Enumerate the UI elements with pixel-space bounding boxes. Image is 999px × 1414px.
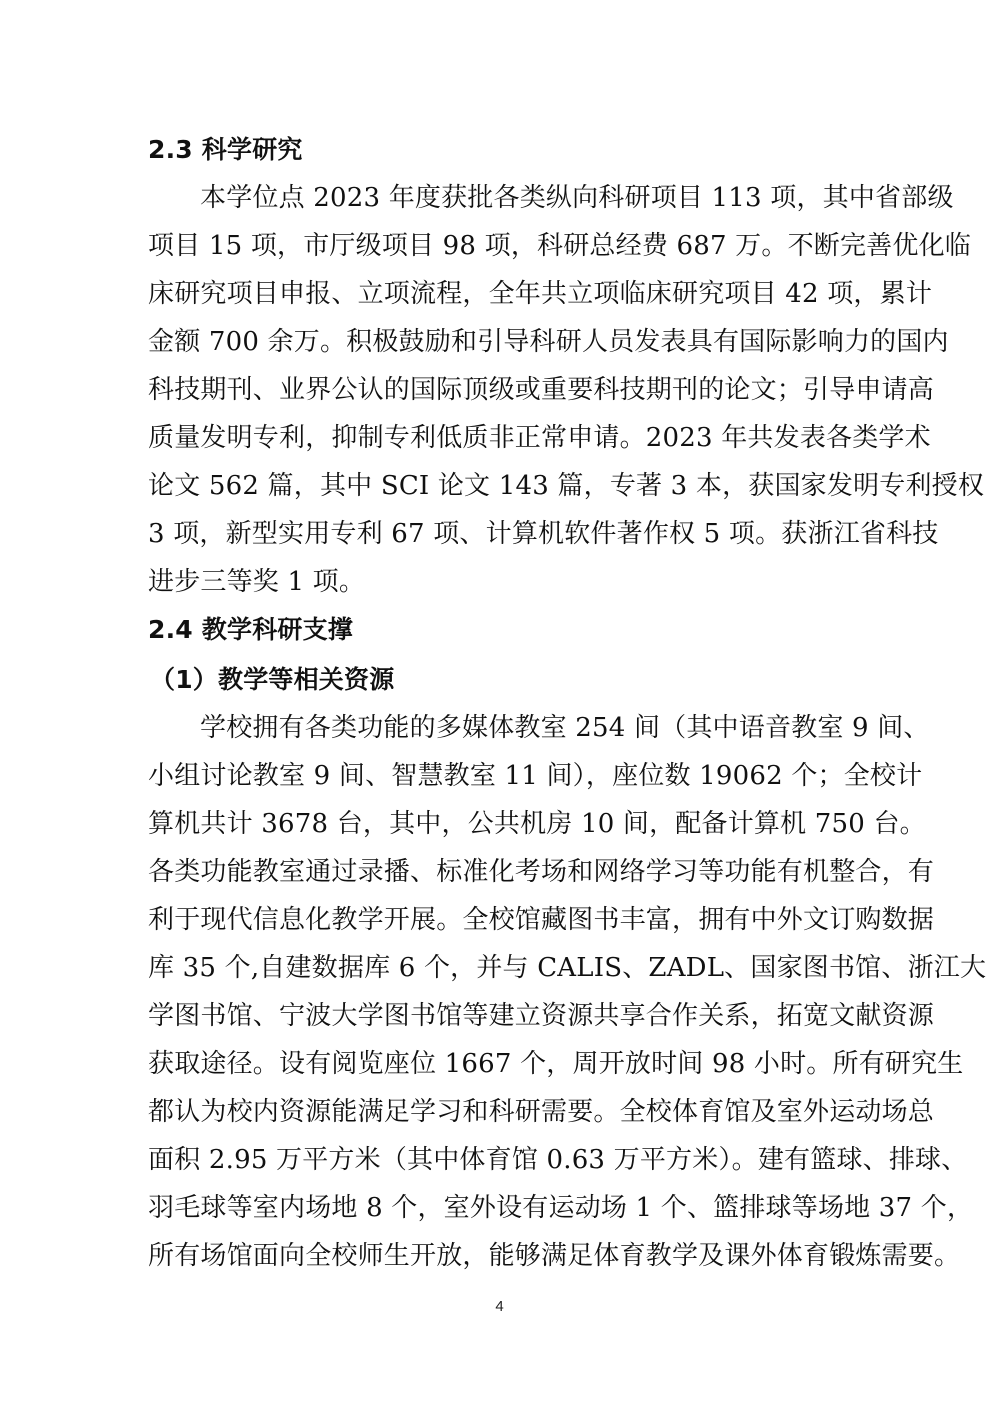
paragraph-line: 科技期刊、业界公认的国际顶级或重要科技期刊的论文；引导申请高	[148, 374, 858, 406]
paragraph-line: 学图书馆、宁波大学图书馆等建立资源共享合作关系，拓宽文献资源	[148, 1000, 858, 1032]
paragraph-line: 所有场馆面向全校师生开放，能够满足体育教学及课外体育锻炼需要。	[148, 1240, 858, 1272]
paragraph-line: 都认为校内资源能满足学习和科研需要。全校体育馆及室外运动场总	[148, 1096, 858, 1128]
paragraph-line: 库 35 个,自建数据库 6 个，并与 CALIS、ZADL、国家图书馆、浙江大	[148, 952, 858, 984]
document-page: 2.3 科学研究 本学位点 2023 年度获批各类纵向科研项目 113 项，其中…	[0, 0, 999, 1414]
paragraph-line: 获取途径。设有阅览座位 1667 个，周开放时间 98 小时。所有研究生	[148, 1048, 858, 1080]
paragraph-line: 进步三等奖 1 项。	[148, 566, 858, 598]
paragraph-line: 羽毛球等室内场地 8 个，室外设有运动场 1 个、篮排球等场地 37 个，	[148, 1192, 858, 1224]
paragraph-line: 床研究项目申报、立项流程，全年共立项临床研究项目 42 项，累计	[148, 278, 858, 310]
paragraph-line: 论文 562 篇，其中 SCI 论文 143 篇，专著 3 本，获国家发明专利授…	[148, 470, 858, 502]
paragraph-line: 算机共计 3678 台，其中，公共机房 10 间，配备计算机 750 台。	[148, 808, 858, 840]
paragraph-line: 学校拥有各类功能的多媒体教室 254 间（其中语音教室 9 间、	[200, 712, 858, 744]
paragraph-line: 利于现代信息化教学开展。全校馆藏图书丰富，拥有中外文订购数据	[148, 904, 858, 936]
paragraph-line: 小组讨论教室 9 间、智慧教室 11 间），座位数 19062 个；全校计	[148, 760, 858, 792]
subsection-heading-1: （1）教学等相关资源	[150, 664, 860, 696]
paragraph-line: 质量发明专利，抑制专利低质非正常申请。2023 年共发表各类学术	[148, 422, 858, 454]
paragraph-line: 金额 700 余万。积极鼓励和引导科研人员发表具有国际影响力的国内	[148, 326, 858, 358]
section-heading-2-3: 2.3 科学研究	[148, 134, 858, 166]
paragraph-line: 各类功能教室通过录播、标准化考场和网络学习等功能有机整合，有	[148, 856, 858, 888]
paragraph-line: 面积 2.95 万平方米（其中体育馆 0.63 万平方米）。建有篮球、排球、	[148, 1144, 858, 1176]
section-heading-2-4: 2.4 教学科研支撑	[148, 614, 858, 646]
paragraph-line: 项目 15 项，市厅级项目 98 项，科研总经费 687 万。不断完善优化临	[148, 230, 858, 262]
paragraph-line: 3 项，新型实用专利 67 项、计算机软件著作权 5 项。获浙江省科技	[148, 518, 858, 550]
paragraph-line: 本学位点 2023 年度获批各类纵向科研项目 113 项，其中省部级	[200, 182, 858, 214]
page-number: 4	[0, 1298, 999, 1315]
